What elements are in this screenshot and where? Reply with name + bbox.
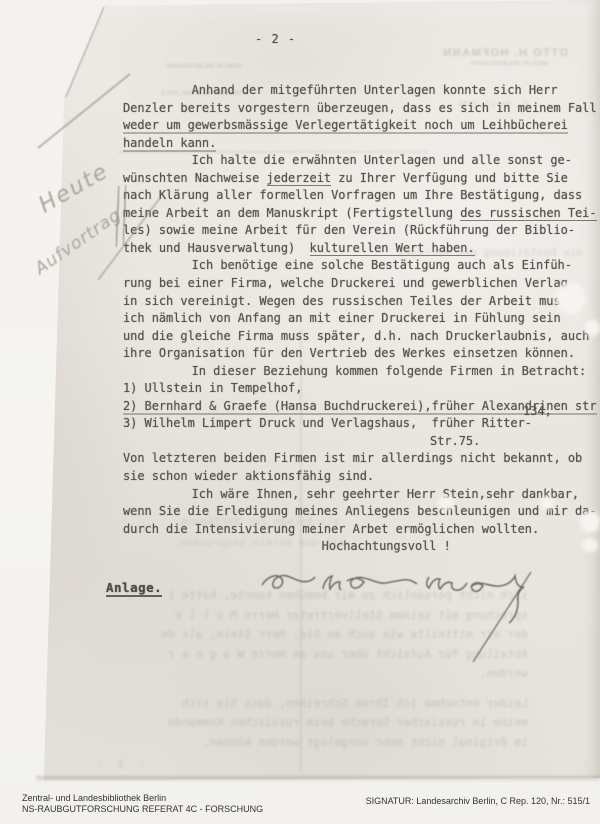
typewritten-line: wünschten Nachweise jederzeit zu Ihrer V…	[123, 170, 600, 188]
typewritten-line: meine Arbeit an dem Manuskript (Fertigst…	[123, 205, 600, 223]
archive-footer-left: Zentral- und Landesbibliothek Berlin NS-…	[22, 793, 263, 814]
bleedthrough-line: sich nicht persönlich zu mir bemühen kon…	[108, 586, 528, 606]
damage-spot	[438, 496, 454, 510]
list-item: 1) Ullstein in Tempelhof,	[123, 380, 600, 398]
archive-institution: Zentral- und Landesbibliothek Berlin	[22, 793, 263, 804]
typewritten-line: sie schon wieder aktionsfähig sind.	[123, 468, 600, 486]
bleedthrough-line: Abteilung für Aufsicht über uns an Herrn…	[108, 645, 528, 665]
damage-spot	[556, 282, 586, 314]
bleedthrough-line: sprechung mit seinem Stellvertreter Herr…	[108, 606, 528, 626]
typewritten-line: Str.75.	[123, 433, 600, 451]
typewritten-line: handeln kann.	[123, 135, 600, 153]
page-number: - 2 -	[255, 32, 325, 46]
bleedthrough-letterhead: OTTO H. HOFMANN	[408, 47, 568, 59]
damage-spot	[584, 320, 600, 336]
typewritten-line: In dieser Beziehung kommen folgende Firm…	[123, 363, 600, 381]
bleedthrough-line: im Original nicht mehr vorgelegt werden …	[108, 733, 528, 753]
marginal-street-number: 134,	[523, 404, 552, 418]
typewritten-line: Denzler bereits vorgestern überzeugen, d…	[123, 100, 600, 118]
paper-bottom-shadow	[36, 776, 600, 782]
typewritten-line: ich nämlich von Anfang an mit einer Druc…	[123, 310, 600, 328]
typewritten-line: Anhand der mitgeführten Unterlagen konnt…	[123, 82, 600, 100]
scanned-letter-page: OTTO H. HOFMANN BERLIN-WILMERSDORF BERLI…	[0, 0, 600, 824]
bleedthrough-line: meine in russischer Sprache beim russisc…	[108, 713, 528, 733]
bleedthrough-page-mark: - 3 -	[66, 758, 146, 771]
damage-spot	[540, 496, 554, 510]
bleedthrough-text-block: sich nicht persönlich zu mir bemühen kon…	[108, 586, 528, 752]
typewritten-line: les) sowie meine Arbeit für den Verein (…	[123, 222, 600, 240]
bleedthrough-line: der mir mitteilte wie auch an Sie, Herr …	[108, 625, 528, 645]
archive-signature-reference: SIGNATUR: Landesarchiv Berlin, C Rep. 12…	[366, 796, 590, 806]
bleedthrough-line: BERLIN-WILMERSDORF	[126, 62, 241, 71]
bleedthrough-fragment: als Anlage zur Verfügung	[140, 515, 340, 528]
damage-spot	[582, 538, 598, 552]
typewritten-line: Ich halte die erwähnten Unterlagen und a…	[123, 152, 600, 170]
typewritten-line: Von letzteren beiden Firmen ist mir alle…	[123, 450, 600, 468]
typewritten-line: Ich wäre Ihnen, sehr geehrter Herr Stein…	[123, 486, 600, 504]
bleedthrough-letterhead-sub: BERLIN-WILMERSDORF	[428, 61, 548, 67]
letter-body: Anhand der mitgeführten Unterlagen konnt…	[123, 82, 600, 556]
bleedthrough-fragment: mit dem Verein besprochen	[150, 536, 345, 549]
bleedthrough-line: werden.	[108, 664, 528, 684]
typewritten-line: ihre Organisation für den Vertrieb des W…	[123, 345, 600, 363]
typewritten-line: und die gleiche Firma muss später, d.h. …	[123, 328, 600, 346]
typewritten-line: nach Klärung aller formellen Vorfragen u…	[123, 187, 600, 205]
typewritten-line: rung bei einer Firma, welche Druckerei u…	[123, 275, 600, 293]
damage-spot	[580, 511, 600, 533]
bleedthrough-fragment: die Bestätigung des Verlages	[398, 246, 583, 259]
bleedthrough-line: Leider entnehme ich Ihrem Schreiben, das…	[108, 694, 528, 714]
archive-department: NS-RAUBGUTFORSCHUNG REFERAT 4C - FORSCHU…	[22, 804, 263, 815]
typewritten-line: in sich vereinigt. Wegen des russischen …	[123, 293, 600, 311]
list-item: 3) Wilhelm Limpert Druck und Verlagshaus…	[123, 415, 600, 433]
typewritten-line: Ich benötige eine solche Bestätigung auc…	[123, 257, 600, 275]
typewritten-line: weder um gewerbsmässige Verlegertätigkei…	[123, 117, 600, 135]
